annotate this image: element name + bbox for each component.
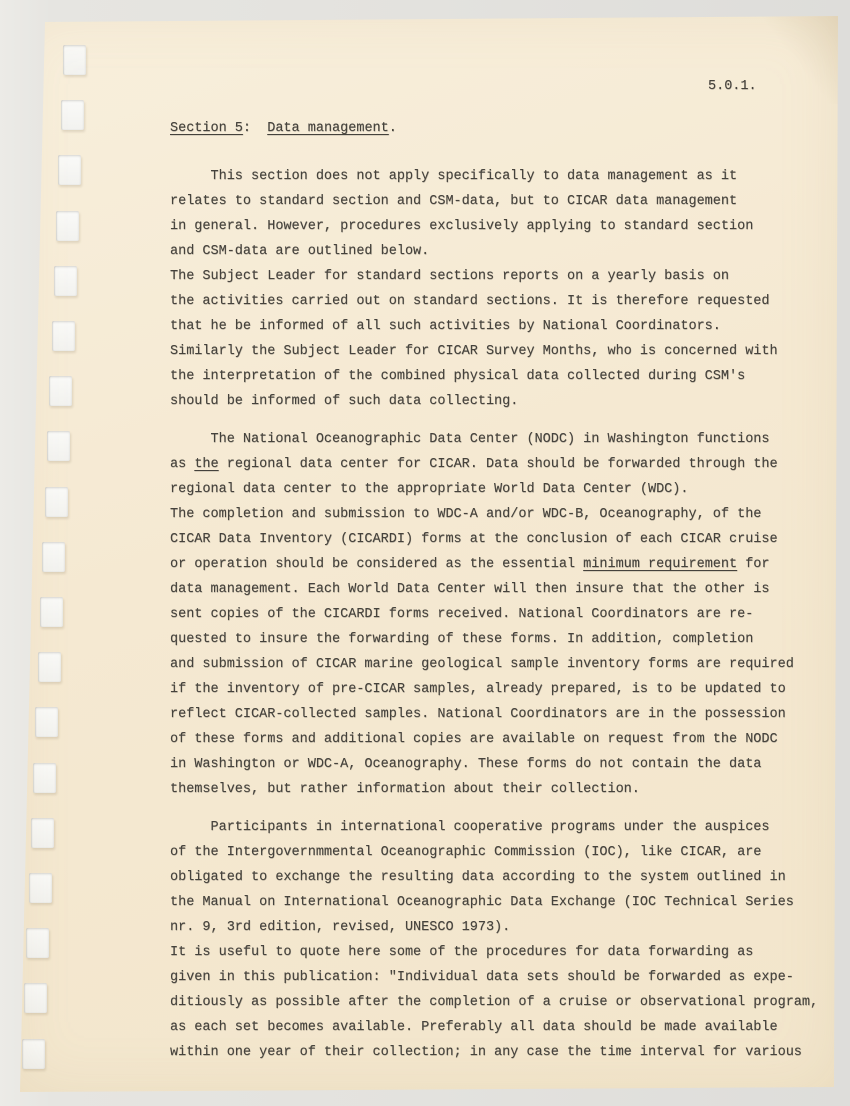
binding-hole [38, 652, 61, 682]
text-segment: This section does not apply specifically… [170, 169, 737, 184]
page-number: 5.0.1. [708, 79, 757, 94]
text-line: nr. 9, 3rd edition, revised, UNESCO 1973… [170, 915, 830, 940]
text-line: if the inventory of pre-CICAR samples, a… [170, 677, 830, 702]
text-segment: as each set becomes available. Preferabl… [170, 1020, 778, 1035]
binding-hole [33, 763, 56, 793]
text-segment: that he be informed of all such activiti… [170, 319, 721, 334]
underlined-text: minimum requirement [583, 557, 737, 572]
text-line: as the regional data center for CICAR. D… [170, 452, 830, 477]
corner-fold [758, 12, 842, 104]
text-segment: It is useful to quote here some of the p… [170, 945, 753, 960]
document-body: This section does not apply specifically… [170, 164, 830, 1065]
text-line: ditiously as possible after the completi… [170, 990, 830, 1015]
text-segment: the interpretation of the combined physi… [170, 369, 745, 384]
text-segment: themselves, but rather information about… [170, 782, 640, 797]
text-segment: sent copies of the CICARDI forms receive… [170, 607, 753, 622]
text-line: should be informed of such data collecti… [170, 389, 830, 414]
text-segment: of the Intergovernmmental Oceanographic … [170, 845, 761, 860]
binding-hole [40, 597, 63, 627]
text-segment: obligated to exchange the resulting data… [170, 870, 786, 885]
text-segment: for [737, 557, 769, 572]
text-line: CICAR Data Inventory (CICARDI) forms at … [170, 527, 830, 552]
text-line: in general. However, procedures exclusiv… [170, 214, 830, 239]
text-line: Similarly the Subject Leader for CICAR S… [170, 339, 830, 364]
text-segment: and CSM-data are outlined below. [170, 244, 429, 259]
binding-hole [31, 818, 54, 848]
text-segment: in general. However, procedures exclusiv… [170, 219, 753, 234]
text-segment: regional data center to the appropriate … [170, 482, 688, 497]
text-segment: of these forms and additional copies are… [170, 732, 778, 747]
underlined-text: the [194, 457, 218, 472]
binding-hole [49, 376, 72, 406]
text-segment: as [170, 457, 194, 472]
underlined-text: Data management [267, 121, 389, 136]
text-line: the Manual on International Oceanographi… [170, 890, 830, 915]
text-segment: and submission of CICAR marine geologica… [170, 657, 794, 672]
text-line: within one year of their collection; in … [170, 1040, 830, 1065]
text-line: obligated to exchange the resulting data… [170, 865, 830, 890]
document-page: 5.0.1. Section 5: Data management. This … [0, 0, 850, 1106]
text-line: reflect CICAR-collected samples. Nationa… [170, 702, 830, 727]
binding-hole [42, 542, 65, 572]
text-segment: The Subject Leader for standard sections… [170, 269, 729, 284]
text-segment: nr. 9, 3rd edition, revised, UNESCO 1973… [170, 920, 510, 935]
binding-hole [58, 155, 81, 185]
text-segment: . [389, 121, 397, 136]
text-segment: quested to insure the forwarding of thes… [170, 632, 753, 647]
text-line: the interpretation of the combined physi… [170, 364, 830, 389]
binding-hole [45, 487, 68, 517]
text-line: in Washington or WDC-A, Oceanography. Th… [170, 752, 830, 777]
text-segment: Similarly the Subject Leader for CICAR S… [170, 344, 778, 359]
text-line: relates to standard section and CSM-data… [170, 189, 830, 214]
binding-hole [22, 1039, 45, 1069]
binding-hole [63, 45, 86, 75]
text-line: It is useful to quote here some of the p… [170, 940, 830, 965]
text-segment: the Manual on International Oceanographi… [170, 895, 794, 910]
text-line: of these forms and additional copies are… [170, 727, 830, 752]
text-segment: : [243, 121, 267, 136]
text-line: the activities carried out on standard s… [170, 289, 830, 314]
text-segment: CICAR Data Inventory (CICARDI) forms at … [170, 532, 778, 547]
text-line: that he be informed of all such activiti… [170, 314, 830, 339]
binding-hole [56, 211, 79, 241]
text-segment: reflect CICAR-collected samples. Nationa… [170, 707, 786, 722]
text-segment: The completion and submission to WDC-A a… [170, 507, 761, 522]
text-line: This section does not apply specifically… [170, 164, 830, 189]
scan-background: 5.0.1. Section 5: Data management. This … [0, 0, 850, 1106]
paragraph: This section does not apply specifically… [170, 164, 830, 414]
text-segment: regional data center for CICAR. Data sho… [219, 457, 778, 472]
binding-hole [54, 266, 77, 296]
binding-hole [29, 873, 52, 903]
text-line: given in this publication: "Individual d… [170, 965, 830, 990]
text-segment: within one year of their collection; in … [170, 1045, 802, 1060]
text-segment: should be informed of such data collecti… [170, 394, 518, 409]
underlined-text: Section 5 [170, 121, 243, 136]
text-line: and submission of CICAR marine geologica… [170, 652, 830, 677]
binding-hole [47, 431, 70, 461]
text-line: quested to insure the forwarding of thes… [170, 627, 830, 652]
binding-hole [35, 707, 58, 737]
text-line: The Subject Leader for standard sections… [170, 264, 830, 289]
text-segment: ditiously as possible after the completi… [170, 995, 818, 1010]
text-line: The National Oceanographic Data Center (… [170, 427, 830, 452]
text-segment: or operation should be considered as the… [170, 557, 583, 572]
text-line: data management. Each World Data Center … [170, 577, 830, 602]
text-segment: given in this publication: "Individual d… [170, 970, 794, 985]
text-segment: relates to standard section and CSM-data… [170, 194, 737, 209]
section-heading: Section 5: Data management. [170, 121, 397, 136]
binding-hole [26, 928, 49, 958]
text-line: and CSM-data are outlined below. [170, 239, 830, 264]
binding-hole [61, 100, 84, 130]
text-line: themselves, but rather information about… [170, 777, 830, 802]
binding-hole [52, 321, 75, 351]
paragraph: Participants in international cooperativ… [170, 815, 830, 1065]
text-line: of the Intergovernmmental Oceanographic … [170, 840, 830, 865]
text-line: as each set becomes available. Preferabl… [170, 1015, 830, 1040]
text-segment: the activities carried out on standard s… [170, 294, 770, 309]
text-segment: data management. Each World Data Center … [170, 582, 770, 597]
text-line: regional data center to the appropriate … [170, 477, 830, 502]
text-segment: Participants in international cooperativ… [170, 820, 770, 835]
text-segment: in Washington or WDC-A, Oceanography. Th… [170, 757, 761, 772]
text-line: sent copies of the CICARDI forms receive… [170, 602, 830, 627]
text-segment: The National Oceanographic Data Center (… [170, 432, 770, 447]
text-line: Participants in international cooperativ… [170, 815, 830, 840]
paragraph: The National Oceanographic Data Center (… [170, 427, 830, 802]
binding-hole [24, 983, 47, 1013]
text-line: The completion and submission to WDC-A a… [170, 502, 830, 527]
text-segment: if the inventory of pre-CICAR samples, a… [170, 682, 786, 697]
text-line: or operation should be considered as the… [170, 552, 830, 577]
